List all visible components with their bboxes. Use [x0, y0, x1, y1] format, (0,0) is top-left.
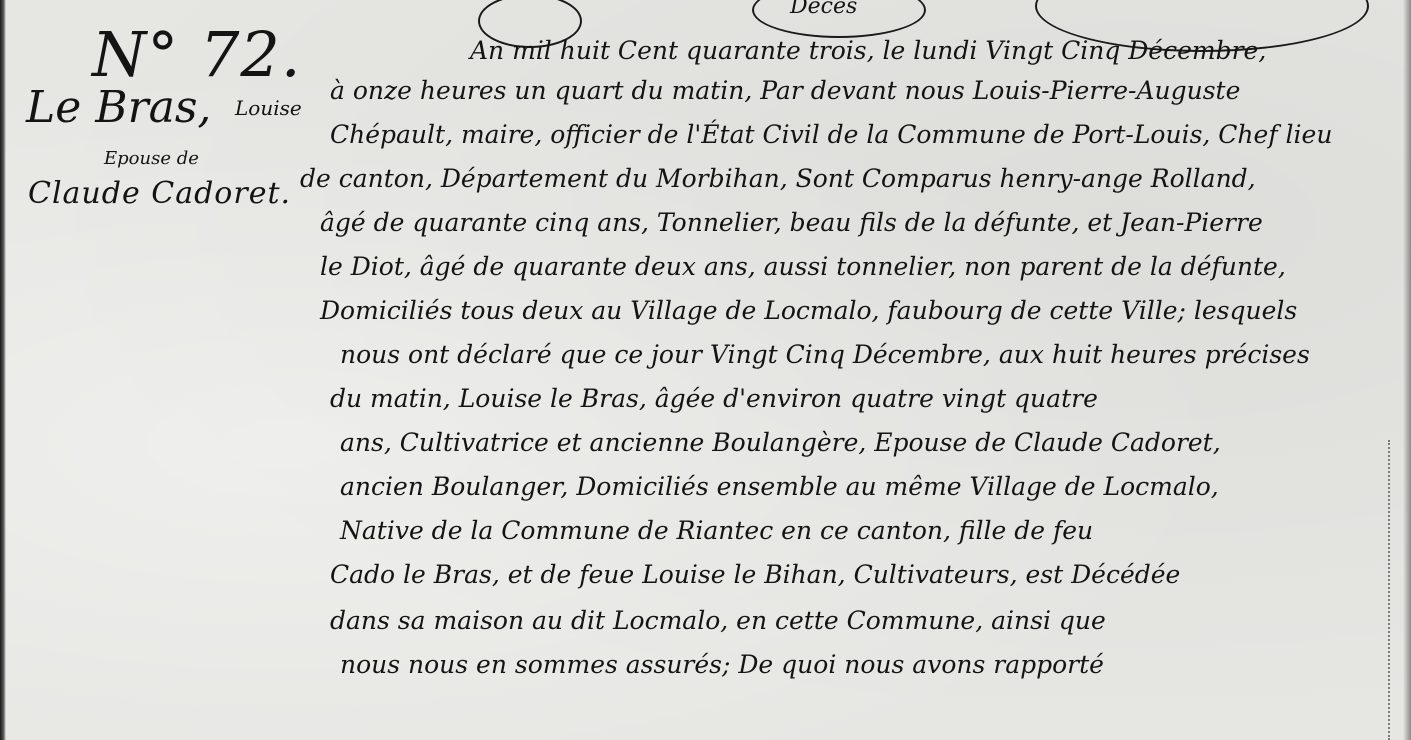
page-right-edge [1403, 0, 1411, 740]
body-line: de canton, Département du Morbihan, Sont… [300, 164, 1256, 194]
body-line: Native de la Commune de Riantec en ce ca… [340, 516, 1093, 546]
body-line: Chépault, maire, officier de l'État Civi… [330, 120, 1332, 150]
spouse-label: Epouse de [104, 148, 199, 169]
body-line: du matin, Louise le Bras, âgée d'environ… [330, 384, 1098, 414]
body-line: nous ont déclaré que ce jour Vingt Cinq … [340, 340, 1310, 370]
scan-edge-dots [1388, 440, 1392, 740]
body-line: à onze heures un quart du matin, Par dev… [330, 76, 1240, 106]
body-line: ans, Cultivatrice et ancienne Boulangère… [340, 428, 1221, 458]
spouse-name: Claude Cadoret. [28, 176, 291, 211]
body-line: An mil huit Cent quarante trois, le lund… [470, 36, 1266, 66]
body-line: nous nous en sommes assurés; De quoi nou… [340, 650, 1104, 680]
body-line: ancien Boulanger, Domiciliés ensemble au… [340, 472, 1219, 502]
page-binding-edge [0, 0, 6, 740]
deces-stamp-word: Décès [790, 0, 857, 19]
record-number: N° 72. [92, 18, 302, 91]
deceased-given-name: Louise [235, 96, 302, 120]
body-line: âgé de quarante cinq ans, Tonnelier, bea… [320, 208, 1263, 238]
body-line: dans sa maison au dit Locmalo, en cette … [330, 606, 1106, 636]
deceased-surname: Le Bras, [26, 82, 211, 133]
body-line: le Diot, âgé de quarante deux ans, aussi… [320, 252, 1286, 282]
body-line: Cado le Bras, et de feue Louise le Bihan… [330, 560, 1180, 590]
document-page: N° 72. Le Bras, Louise Epouse de Claude … [0, 0, 1411, 740]
body-line: Domiciliés tous deux au Village de Locma… [320, 296, 1297, 326]
